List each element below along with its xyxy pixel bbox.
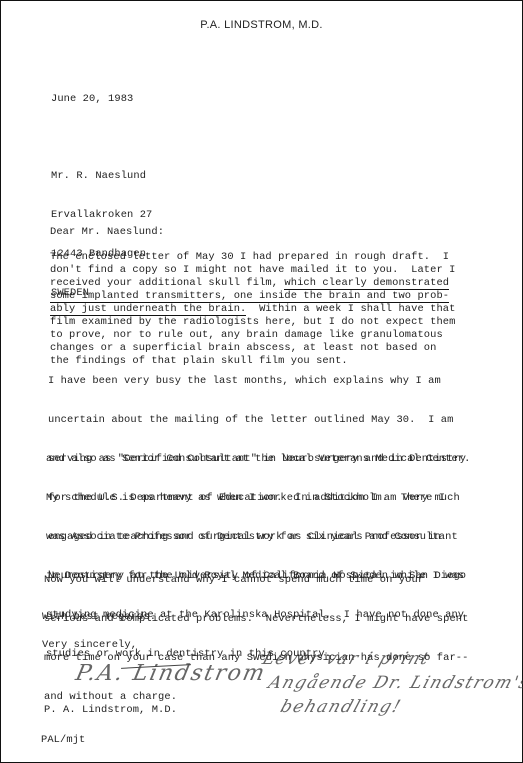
paragraph-line: uncertain about the mailing of the lette… — [48, 414, 466, 427]
paragraph-line: and also as Senior Consultant at the loc… — [46, 453, 470, 466]
paragraph-line: ably just underneath the brain. Within a… — [50, 303, 455, 316]
closing-regards: With best regards. — [42, 611, 156, 624]
address-line: Mr. R. Naeslund — [51, 170, 152, 183]
closing-sincerely: Very sincerely, — [42, 639, 137, 652]
paragraph-line: received your additional skull film, whi… — [50, 277, 455, 290]
handwritten-note-line: Angående Dr. Lindstrom's — [266, 673, 523, 693]
letter-date: June 20, 1983 — [51, 93, 133, 106]
paragraph-line: My schedule is as heavy as when I worked… — [46, 492, 470, 505]
paragraph-line: some implanted transmitters, one inside … — [50, 290, 455, 303]
typed-name: P. A. Lindstrom, M.D. — [44, 704, 177, 717]
line-text: to prove, nor to rule out, any brain dam… — [50, 329, 443, 341]
underlined-text: ably just underneath the brain. — [50, 303, 246, 316]
handwritten-note-line: behandling! — [278, 697, 404, 717]
line-text: The enclosed letter of May 30 I had prep… — [50, 251, 449, 263]
paragraph-line: I have been very busy the last months, w… — [48, 375, 466, 388]
paragraph-line: film examined by the radiologists here, … — [50, 316, 455, 329]
underlined-text: some implanted transmitters, one inside … — [50, 290, 449, 303]
paragraph-line: don't find a copy so I might not have ma… — [50, 264, 455, 277]
typist-initials: PAL/mjt — [41, 734, 85, 747]
letter-page: P.A. LINDSTROM, M.D. June 20, 1983 Mr. R… — [0, 0, 523, 763]
letterhead: P.A. LINDSTROM, M.D. — [1, 19, 522, 31]
paragraph-line: The enclosed letter of May 30 I had prep… — [50, 251, 455, 264]
paragraph-line: Now you will understand why I cannot spe… — [44, 574, 468, 587]
underlined-text: which clearly demonstrated — [284, 277, 449, 290]
salutation: Dear Mr. Naeslund: — [50, 226, 164, 239]
line-text: received your additional skull film, — [50, 277, 284, 289]
line-text: film examined by the radiologists here, … — [50, 316, 455, 328]
address-line: Ervallakroken 27 — [51, 209, 152, 222]
handwritten-note-line: Lever var i print — [260, 649, 433, 669]
paragraph-line: to prove, nor to rule out, any brain dam… — [50, 329, 455, 342]
line-text: Within a week I shall have that — [246, 303, 455, 315]
line-text: don't find a copy so I might not have ma… — [50, 264, 455, 276]
paragraph-line: was Associate Professor of Dentistry for… — [46, 531, 470, 544]
